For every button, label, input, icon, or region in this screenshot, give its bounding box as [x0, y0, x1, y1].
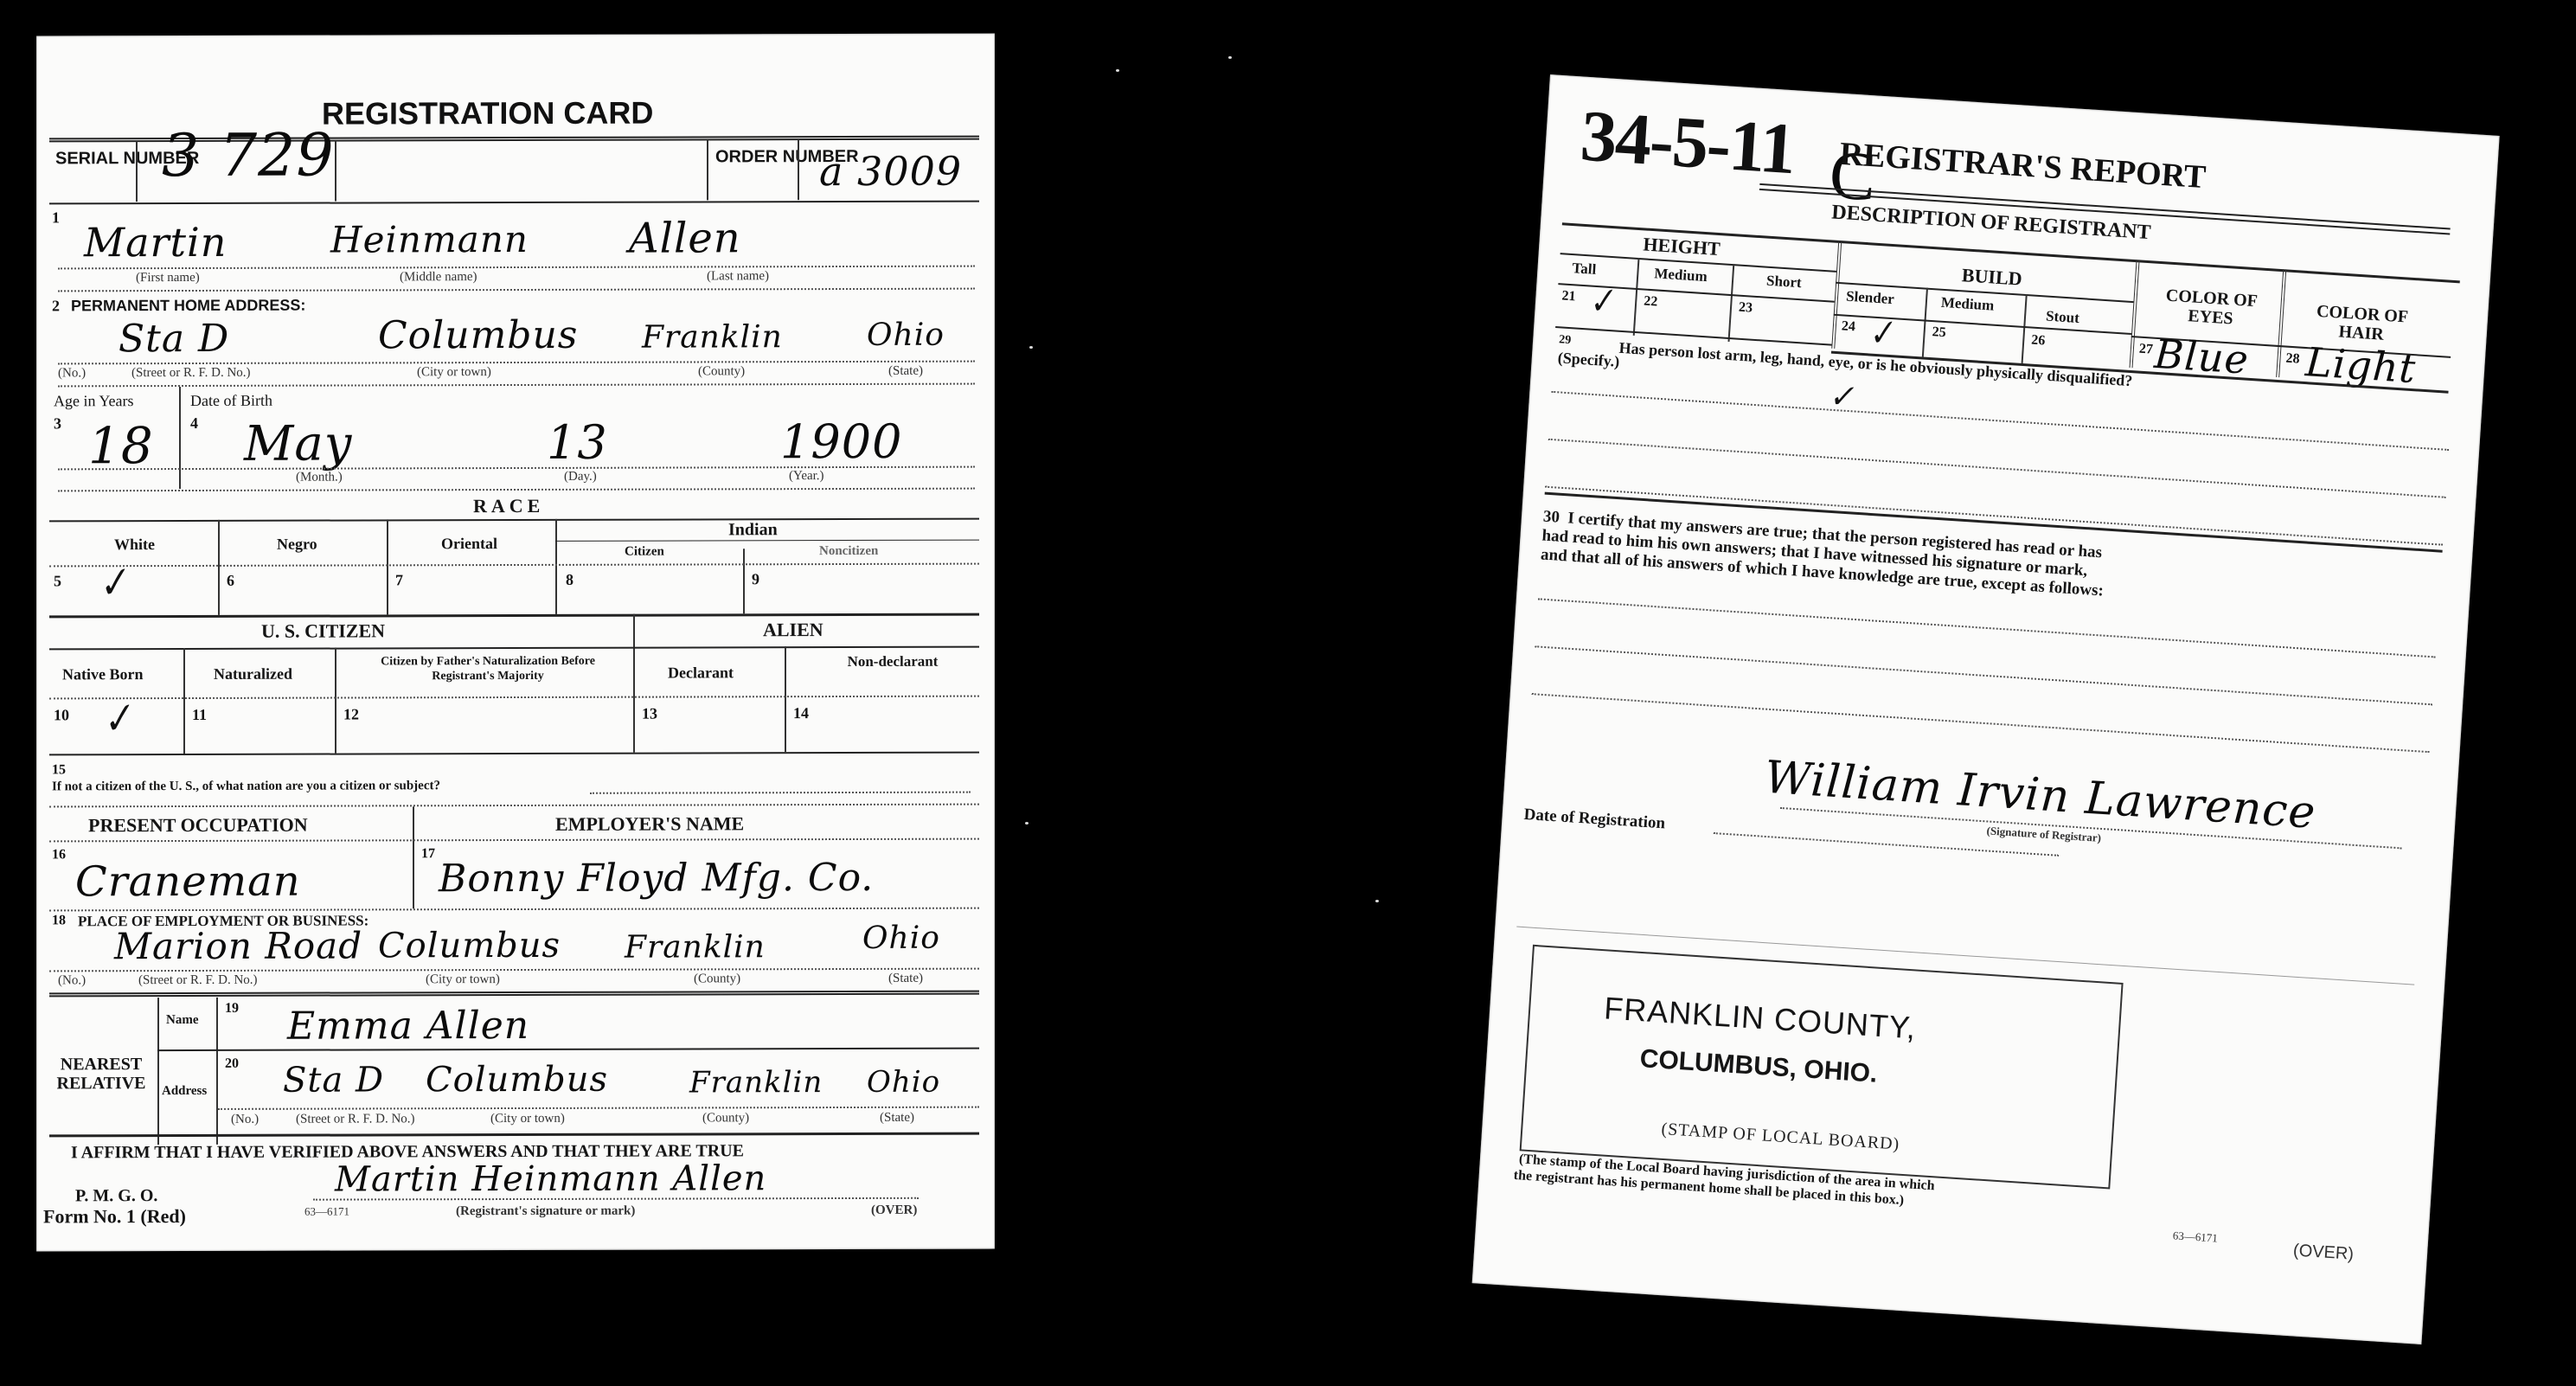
age-field[interactable]: 18 [88, 416, 154, 475]
divider [1548, 439, 2446, 498]
stamp-county: FRANKLIN COUNTY, [1603, 990, 1917, 1046]
build-medium-label: Medium [1940, 294, 1995, 315]
caption-state: (State) [880, 1111, 914, 1126]
divider [216, 998, 218, 1145]
registration-card: REGISTRATION CARD SERIAL NUMBER 3 729 OR… [36, 34, 995, 1252]
home-city-field[interactable]: Columbus [378, 313, 578, 358]
age-label: Age in Years [54, 392, 134, 410]
divider [218, 520, 220, 615]
divider [157, 998, 159, 1145]
field-number: 15 [52, 762, 66, 778]
report-subtitle: DESCRIPTION OF REGISTRANT [1830, 201, 2151, 245]
caption-year: (Year.) [789, 469, 824, 484]
home-county-field[interactable]: Franklin [642, 319, 783, 355]
divider [49, 696, 979, 700]
stamp-caption: (STAMP OF LOCAL BOARD) [1661, 1120, 1900, 1155]
field-number: 18 [52, 913, 66, 928]
employment-state-field[interactable]: Ohio [862, 921, 940, 956]
divider [49, 752, 979, 756]
home-state-field[interactable]: Ohio [867, 318, 945, 353]
divider [798, 139, 799, 200]
serial-number-label: SERIAL NUMBER [55, 150, 133, 167]
speck [1025, 822, 1028, 825]
field-number: 29 [1559, 333, 1572, 348]
field-number: 4 [190, 414, 198, 433]
registrar-signature-field[interactable]: William Irvin Lawrence [1763, 752, 2317, 839]
non-declarant-label: Non-declarant [845, 653, 940, 670]
exceptions-line-1[interactable] [1538, 598, 2436, 658]
race-oriental-checkbox[interactable] [391, 567, 551, 610]
caption-street: (Street or R. F. D. No.) [296, 1112, 415, 1126]
form-code: 63—6171 [304, 1205, 349, 1219]
divider [58, 266, 975, 270]
divider [136, 141, 138, 202]
relative-address-label: Address [162, 1084, 207, 1099]
registrant-signature-field[interactable]: Martin Heinmann Allen [335, 1158, 766, 1199]
over-label: (OVER) [871, 1203, 917, 1218]
home-street-field[interactable]: Sta D [119, 317, 229, 361]
field-number: 20 [225, 1056, 239, 1072]
race-indian-label: Indian [728, 520, 778, 540]
divider [58, 361, 975, 365]
over-label: (OVER) [2292, 1241, 2354, 1264]
divider [49, 991, 979, 998]
caption-day: (Day.) [564, 470, 597, 484]
caption-street: (Street or R. F. D. No.) [131, 366, 251, 381]
race-indian-citizen-label: Citizen [625, 545, 664, 560]
relative-county-field[interactable]: Franklin [689, 1065, 823, 1100]
local-board-stamp-box: FRANKLIN COUNTY, COLUMBUS, OHIO. (STAMP … [1520, 945, 2124, 1190]
declarant-checkbox[interactable] [638, 700, 780, 748]
caption-city: (City or town) [417, 365, 491, 380]
order-number-label: ORDER NUMBER [715, 148, 793, 165]
divider [58, 466, 975, 471]
race-negro-label: Negro [277, 536, 317, 554]
exceptions-line-2[interactable] [1535, 645, 2432, 705]
card-title: REGISTRATION CARD [322, 95, 653, 132]
caption-county: (County) [702, 1111, 749, 1126]
form-name: Form No. 1 (Red) [43, 1205, 186, 1228]
divider [58, 288, 975, 292]
native-born-checkbox[interactable]: ✓ [96, 694, 138, 745]
divider [313, 1197, 919, 1201]
caption-city: (City or town) [490, 1112, 565, 1126]
divider [413, 806, 414, 908]
relative-name-field[interactable]: Emma Allen [287, 1004, 529, 1049]
field-number: 10 [54, 706, 69, 724]
occupation-label: PRESENT OCCUPATION [88, 814, 308, 837]
divider [785, 646, 786, 752]
divider [633, 614, 635, 753]
field-number: 30 [1542, 508, 1560, 527]
relative-city-field[interactable]: Columbus [426, 1060, 608, 1100]
caption-month: (Month.) [296, 471, 343, 485]
last-name-caption: (Last name) [707, 269, 769, 284]
field-number: 21 [1561, 288, 1576, 305]
employer-label: EMPLOYER'S NAME [555, 812, 744, 836]
build-slender-label: Slender [1846, 288, 1895, 309]
relative-name-label: Name [166, 1013, 199, 1028]
order-number-field[interactable]: a 3009 [819, 148, 962, 195]
height-medium-checkbox[interactable] [1637, 292, 1727, 336]
home-address-label: PERMANENT HOME ADDRESS: [71, 297, 305, 316]
employer-field[interactable]: Bonny Floyd Mfg. Co. [439, 856, 874, 901]
caption-street: (Street or R. F. D. No.) [138, 973, 258, 988]
divider [387, 519, 388, 614]
last-name-field[interactable]: Allen [629, 214, 741, 262]
signature-caption: (Registrant's signature or mark) [456, 1204, 635, 1220]
stamp-code: 34-5-11 [1578, 94, 1797, 192]
stamp-city: COLUMBUS, OHIO. [1639, 1044, 1879, 1089]
race-title: RACE [473, 495, 544, 517]
caption-city: (City or town) [426, 972, 500, 987]
relative-state-field[interactable]: Ohio [867, 1065, 940, 1100]
non-declarant-checkbox[interactable] [789, 700, 975, 748]
height-short-checkbox[interactable] [1733, 298, 1830, 343]
caption-state: (State) [888, 972, 923, 986]
naturalized-label: Naturalized [214, 665, 292, 683]
caption-state: (State) [888, 364, 923, 379]
form-code: 63—6171 [2172, 1229, 2218, 1245]
race-negro-checkbox[interactable] [222, 567, 382, 610]
disability-field[interactable]: ✓ [1828, 379, 1855, 415]
registrars-report-card: 34-5-11 C REGISTRAR'S REPORT DESCRIPTION… [1472, 74, 2500, 1344]
divider [49, 908, 979, 912]
race-oriental-label: Oriental [441, 535, 497, 553]
eye-color-label: COLOR OF EYES [2154, 286, 2269, 330]
divider [218, 1107, 979, 1110]
declarant-label: Declarant [668, 664, 734, 682]
build-medium-checkbox[interactable] [1926, 323, 2019, 363]
divider [157, 1048, 979, 1051]
citizen-by-father-label: Citizen by Father's Naturalization Befor… [358, 654, 618, 684]
divider [49, 804, 979, 808]
divider [49, 968, 979, 972]
caption-no: (No.) [58, 366, 86, 381]
height-title: HEIGHT [1643, 233, 1721, 260]
field-number: 3 [54, 414, 61, 433]
race-indian-citizen-checkbox[interactable] [560, 566, 737, 610]
relative-street-field[interactable]: Sta D [283, 1060, 384, 1100]
race-indian-noncitizen-checkbox[interactable] [747, 566, 972, 610]
field-number: 2 [52, 297, 60, 315]
field-number: 16 [52, 847, 66, 863]
divider [49, 613, 979, 619]
native-born-label: Native Born [62, 665, 144, 683]
speck [1116, 69, 1119, 72]
divider [335, 648, 336, 754]
divider [49, 646, 979, 651]
nation-field[interactable] [590, 792, 971, 794]
field-number: 28 [2285, 351, 2300, 368]
race-indian-noncitizen-label: Noncitizen [819, 544, 878, 559]
middle-name-field[interactable]: Heinmann [330, 218, 529, 261]
divider [335, 141, 336, 202]
naturalized-checkbox[interactable] [188, 702, 330, 749]
divider [49, 518, 979, 523]
employment-street-field[interactable]: Marion Road [114, 924, 362, 967]
divider [743, 549, 745, 613]
divider [555, 540, 979, 542]
birth-year-field[interactable]: 1900 [780, 414, 902, 469]
alien-title: ALIEN [763, 619, 823, 641]
first-name-caption: (First name) [136, 271, 200, 286]
build-stout-label: Stout [2046, 308, 2080, 327]
caption-no: (No.) [231, 1113, 259, 1127]
caption-no: (No.) [58, 973, 86, 988]
employment-city-field[interactable]: Columbus [378, 926, 561, 966]
divider [179, 387, 181, 489]
field-number: 1 [52, 209, 60, 227]
middle-name-caption: (Middle name) [400, 270, 477, 285]
divider [49, 838, 979, 843]
field-number: 24 [1841, 318, 1855, 335]
specify-label: (Specify.) [1557, 349, 1620, 371]
field-number: 19 [225, 1001, 239, 1017]
employment-county-field[interactable]: Franklin [625, 929, 766, 965]
us-citizen-title: U. S. CITIZEN [261, 619, 385, 642]
race-white-label: White [114, 536, 155, 554]
divider [1551, 391, 2449, 451]
birth-day-field[interactable]: 13 [547, 415, 608, 470]
divider [183, 648, 185, 754]
height-medium-label: Medium [1654, 265, 1708, 286]
divider [49, 1133, 979, 1138]
speck [1375, 900, 1379, 902]
birth-label: Date of Birth [190, 392, 272, 410]
height-tall-label: Tall [1572, 260, 1597, 279]
occupation-field[interactable]: Craneman [75, 857, 301, 907]
citizen-by-father-checkbox[interactable] [339, 701, 629, 749]
build-title: BUILD [1961, 264, 2022, 290]
date-of-registration-label: Date of Registration [1523, 805, 1666, 834]
divider [49, 201, 979, 205]
speck [1029, 346, 1033, 349]
report-title: REGISTRAR'S REPORT [1838, 135, 2207, 196]
divider [555, 519, 557, 614]
serial-number-field[interactable]: 3 729 [162, 122, 335, 191]
first-name-field[interactable]: Martin [84, 219, 227, 266]
nation-question: If not a citizen of the U. S., of what n… [52, 779, 440, 794]
nearest-relative-label: NEAREST RELATIVE [54, 1055, 149, 1093]
form-agency: P. M. G. O. [75, 1186, 157, 1206]
field-number: 17 [421, 846, 435, 862]
divider [58, 383, 975, 388]
speck [1228, 56, 1232, 59]
divider [58, 488, 975, 492]
caption-county: (County) [694, 972, 740, 986]
height-short-label: Short [1765, 273, 1802, 292]
field-number: 27 [2138, 342, 2153, 358]
caption-county: (County) [698, 364, 745, 379]
field-number: 5 [54, 572, 61, 590]
exceptions-line-3[interactable] [1532, 693, 2430, 753]
birth-month-field[interactable]: May [244, 415, 352, 472]
divider [707, 139, 708, 200]
